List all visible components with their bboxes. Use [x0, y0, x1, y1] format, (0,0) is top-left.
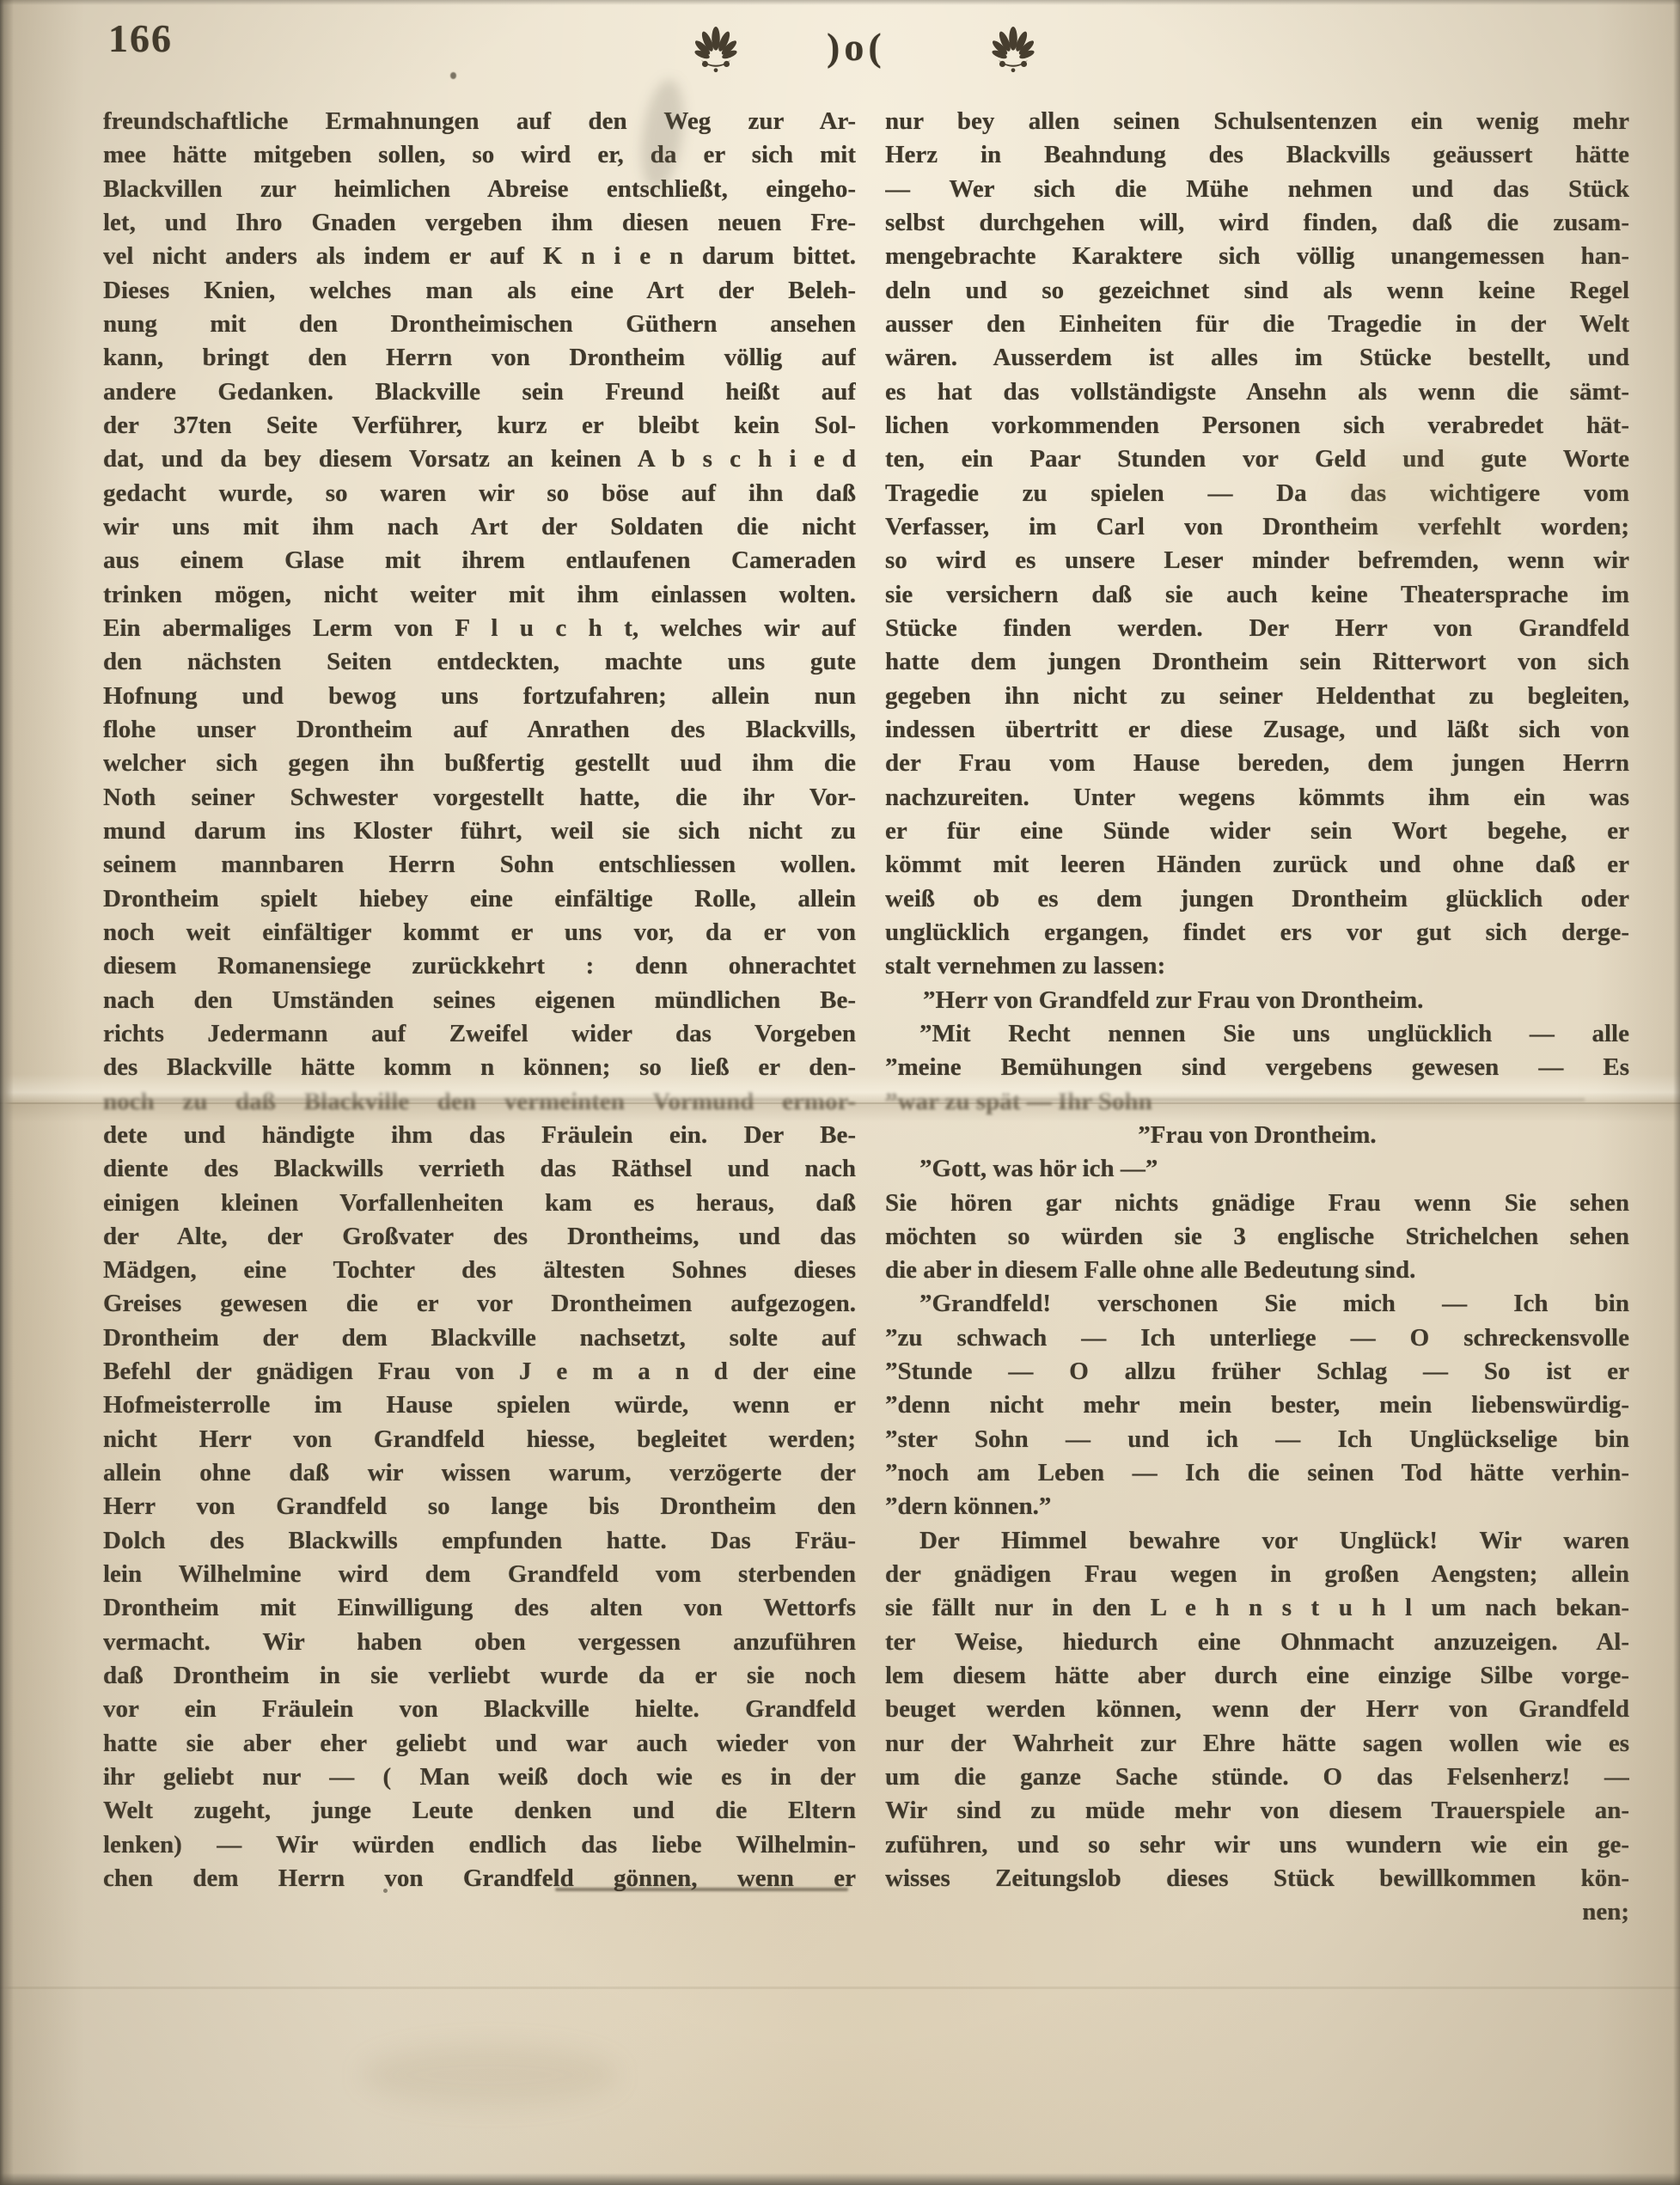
text-line: es hat das vollständigste Ansehn als wen… — [885, 375, 1629, 409]
text-line: deln und so gezeichnet sind als wenn kei… — [885, 274, 1629, 308]
shell-ornament-right — [988, 26, 1038, 74]
text-line: stalt vernehmen zu lassen: — [885, 949, 1629, 983]
text-line: Stücke finden werden. Der Herr von Grand… — [885, 612, 1629, 645]
fold-crease-lower — [0, 1987, 1680, 1989]
text-line: nen; — [885, 1895, 1629, 1929]
text-line: hatte sie aber eher geliebt und war auch… — [103, 1727, 856, 1761]
text-line: den nächsten Seiten entdeckten, machte u… — [103, 645, 856, 679]
text-line: ihr geliebt nur — ( Man weiß doch wie es… — [103, 1761, 856, 1794]
text-line: beuget werden können, wenn der Herr von … — [885, 1693, 1629, 1726]
text-line: dete und händigte ihm das Fräulein ein. … — [103, 1119, 856, 1152]
text-line: der 37ten Seite Verführer, kurz er bleib… — [103, 409, 856, 442]
text-line: vermacht. Wir haben oben vergessen anzuf… — [103, 1626, 856, 1659]
text-line: Sie hören gar nichts gnädige Frau wenn S… — [885, 1187, 1629, 1220]
text-line: seinem mannbaren Herrn Sohn entschliesse… — [103, 848, 856, 882]
text-line: Dolch des Blackwills empfunden hatte. Da… — [103, 1524, 856, 1558]
text-line: chen dem Herrn von Grandfeld gönnen, wen… — [103, 1862, 856, 1895]
text-line: welcher sich gegen ihn bußfertig gestell… — [103, 747, 856, 780]
text-line: die aber in diesem Falle ohne alle Bedeu… — [885, 1254, 1629, 1287]
text-line: wären. Ausserdem ist alles im Stücke bes… — [885, 341, 1629, 375]
paper-stain — [361, 2045, 619, 2105]
page-number: 166 — [108, 15, 173, 61]
text-line: des Blackville hätte komm n können; so l… — [103, 1051, 856, 1084]
text-line: allein ohne daß wir wissen warum, verzög… — [103, 1456, 856, 1490]
text-line: nachzureiten. Unter wegens kömmts ihm ei… — [885, 781, 1629, 815]
text-line: nur der Wahrheit zur Ehre hätte sagen wo… — [885, 1727, 1629, 1761]
text-line: ”meine Bemühungen sind vergebens gewesen… — [885, 1051, 1629, 1084]
shell-ornament-left — [691, 26, 741, 74]
text-line: vel nicht anders als indem er auf K n i … — [103, 240, 856, 273]
text-line: nur bey allen seinen Schulsentenzen ein … — [885, 105, 1629, 138]
text-line: daß Drontheim in sie verliebt wurde da e… — [103, 1659, 856, 1693]
text-line: Dieses Knien, welches man als eine Art d… — [103, 274, 856, 308]
scanned-book-page: 166 )o( freundschaftliche Ermahnungen au… — [0, 0, 1680, 2185]
page-edge-shadow-top — [0, 0, 1680, 5]
text-line: trinken mögen, nicht weiter mit ihm einl… — [103, 578, 856, 612]
text-line: ”ster Sohn — und ich — Ich Unglückselige… — [885, 1423, 1629, 1456]
text-line: Herz in Beahndung des Blackvills geäusse… — [885, 138, 1629, 172]
text-line: Drontheim der dem Blackville nachsetzt, … — [103, 1321, 856, 1355]
text-line: Drontheim spielt hiebey eine einfältige … — [103, 882, 856, 916]
page-edge-shadow-bottom — [0, 2173, 1680, 2185]
text-line: ”Frau von Drontheim. — [885, 1119, 1629, 1152]
text-line: sie versichern daß sie auch keine Theate… — [885, 578, 1629, 612]
text-line: Hofnung und bewog uns fortzufahren; alle… — [103, 680, 856, 713]
text-line: sie fällt nur in den L e h n s t u h l u… — [885, 1591, 1629, 1625]
text-line: Verfasser, im Carl von Drontheim verfehl… — [885, 510, 1629, 544]
text-line: freundschaftliche Ermahnungen auf den We… — [103, 105, 856, 138]
text-line: Herr von Grandfeld so lange bis Dronthei… — [103, 1490, 856, 1523]
text-line: andere Gedanken. Blackville sein Freund … — [103, 375, 856, 409]
text-line: nung mit den Drontheimischen Güthern ans… — [103, 308, 856, 341]
text-line: richts Jedermann auf Zweifel wider das V… — [103, 1017, 856, 1051]
text-line: noch zu daß Blackville den vermeinten Vo… — [103, 1085, 856, 1119]
text-line: ten, ein Paar Stunden vor Geld und gute … — [885, 442, 1629, 476]
text-line: gedacht wurde, so waren wir so böse auf … — [103, 477, 856, 510]
text-line: ”noch am Leben — Ich die seinen Tod hätt… — [885, 1456, 1629, 1490]
text-line: Wir sind zu müde mehr von diesem Trauers… — [885, 1794, 1629, 1828]
text-line: Greises gewesen die er vor Drontheimen a… — [103, 1287, 856, 1321]
text-line: flohe unser Drontheim auf Anrathen des B… — [103, 713, 856, 747]
text-line: lein Wilhelmine wird dem Grandfeld vom s… — [103, 1558, 856, 1591]
page-edge-shadow-left — [0, 0, 14, 2185]
text-line: Mädgen, eine Tochter des ältesten Sohnes… — [103, 1254, 856, 1287]
text-line: Welt zugeht, junge Leute denken und die … — [103, 1794, 856, 1828]
text-line: aus einem Glase mit ihrem entlaufenen Ca… — [103, 544, 856, 577]
text-line: let, und Ihro Gnaden vergeben ihm diesen… — [103, 206, 856, 240]
page-edge-shadow-right — [1673, 0, 1680, 2185]
text-line: ausser den Einheiten für die Tragedie in… — [885, 308, 1629, 341]
text-line: ”Grandfeld! verschonen Sie mich — Ich bi… — [885, 1287, 1629, 1321]
text-line: der gnädigen Frau wegen in großen Aengst… — [885, 1558, 1629, 1591]
text-line: ”Mit Recht nennen Sie uns unglücklich — … — [885, 1017, 1629, 1051]
text-line: wir uns mit ihm nach Art der Soldaten di… — [103, 510, 856, 544]
text-line: ”Herr von Grandfeld zur Frau von Dronthe… — [885, 984, 1629, 1017]
text-line: Befehl der gnädigen Frau von J e m a n d… — [103, 1355, 856, 1389]
text-line: nach den Umständen seines eigenen mündli… — [103, 984, 856, 1017]
text-line: Hofmeisterrolle im Hause spielen würde, … — [103, 1389, 856, 1422]
text-line: wisses Zeitungslob dieses Stück bewillko… — [885, 1862, 1629, 1895]
text-line: so wird es unsere Leser minder befremden… — [885, 544, 1629, 577]
text-line: einigen kleinen Vorfallenheiten kam es h… — [103, 1187, 856, 1220]
text-line: noch weit einfältiger kommt er uns vor, … — [103, 916, 856, 949]
text-line: er für eine Sünde wider sein Wort begehe… — [885, 815, 1629, 848]
text-line: gegeben ihn nicht zu seiner Heldenthat z… — [885, 680, 1629, 713]
text-line: kann, bringt den Herrn von Drontheim völ… — [103, 341, 856, 375]
text-line: dat, und da bey diesem Vorsatz an keinen… — [103, 442, 856, 476]
text-line: Blackvillen zur heimlichen Abreise entsc… — [103, 173, 856, 206]
text-line: vor ein Fräulein von Blackville hielte. … — [103, 1693, 856, 1726]
text-line: ”zu schwach — Ich unterliege — O schreck… — [885, 1321, 1629, 1355]
text-line: hatte dem jungen Drontheim sein Ritterwo… — [885, 645, 1629, 679]
text-line: mee hätte mitgeben sollen, so wird er, d… — [103, 138, 856, 172]
text-line: zuführen, und so sehr wir uns wundern wi… — [885, 1828, 1629, 1862]
text-line: nicht Herr von Grandfeld hiesse, begleit… — [103, 1423, 856, 1456]
text-line: der Frau vom Hause bereden, dem jungen H… — [885, 747, 1629, 780]
text-line: selbst durchgehen will, wird finden, daß… — [885, 206, 1629, 240]
text-line: lenken) — Wir würden endlich das liebe W… — [103, 1828, 856, 1862]
text-line: Ein abermaliges Lerm von F l u c h t, we… — [103, 612, 856, 645]
text-line: mengebrachte Karaktere sich völlig unang… — [885, 240, 1629, 273]
text-line: ”war zu spät — Ihr Sohn — [885, 1085, 1629, 1119]
text-line: ”denn nicht mehr mein bester, mein liebe… — [885, 1389, 1629, 1422]
text-line: ”dern können.” — [885, 1490, 1629, 1523]
text-line: — Wer sich die Mühe nehmen und das Stück — [885, 173, 1629, 206]
header-separator-mark: )o( — [827, 24, 886, 70]
text-line: ter Weise, hiedurch eine Ohnmacht anzuze… — [885, 1626, 1629, 1659]
text-line: Drontheim mit Einwilligung des alten von… — [103, 1591, 856, 1625]
ink-speck — [450, 72, 456, 79]
right-text-column: nur bey allen seinen Schulsentenzen ein … — [885, 105, 1629, 1930]
text-line: möchten so würden sie 3 englische Strich… — [885, 1220, 1629, 1254]
text-line: ”Gott, was hör ich —” — [885, 1152, 1629, 1186]
text-line: mund darum ins Kloster führt, weil sie s… — [103, 815, 856, 848]
text-line: der Alte, der Großvater des Drontheims, … — [103, 1220, 856, 1254]
text-line: ”Stunde — O allzu früher Schlag — So ist… — [885, 1355, 1629, 1389]
text-line: Noth seiner Schwester vorgestellt hatte,… — [103, 781, 856, 815]
text-line: um die ganze Sache stünde. O das Felsenh… — [885, 1761, 1629, 1794]
text-line: unglücklich ergangen, findet ers vor gut… — [885, 916, 1629, 949]
text-line: Der Himmel bewahre vor Unglück! Wir ware… — [885, 1524, 1629, 1558]
text-line: kömmt mit leeren Händen zurück und ohne … — [885, 848, 1629, 882]
text-line: indessen übertritt er diese Zusage, und … — [885, 713, 1629, 747]
text-line: Tragedie zu spielen — Da das wichtigere … — [885, 477, 1629, 510]
text-line: diente des Blackwills verrieth das Räths… — [103, 1152, 856, 1186]
text-line: lichen vorkommenden Personen sich verabr… — [885, 409, 1629, 442]
left-text-column: freundschaftliche Ermahnungen auf den We… — [103, 105, 856, 1895]
text-line: diesem Romanensiege zurückkehrt : denn o… — [103, 949, 856, 983]
text-line: weiß ob es dem jungen Drontheim glücklic… — [885, 882, 1629, 916]
text-line: lem diesem hätte aber durch eine einzige… — [885, 1659, 1629, 1693]
